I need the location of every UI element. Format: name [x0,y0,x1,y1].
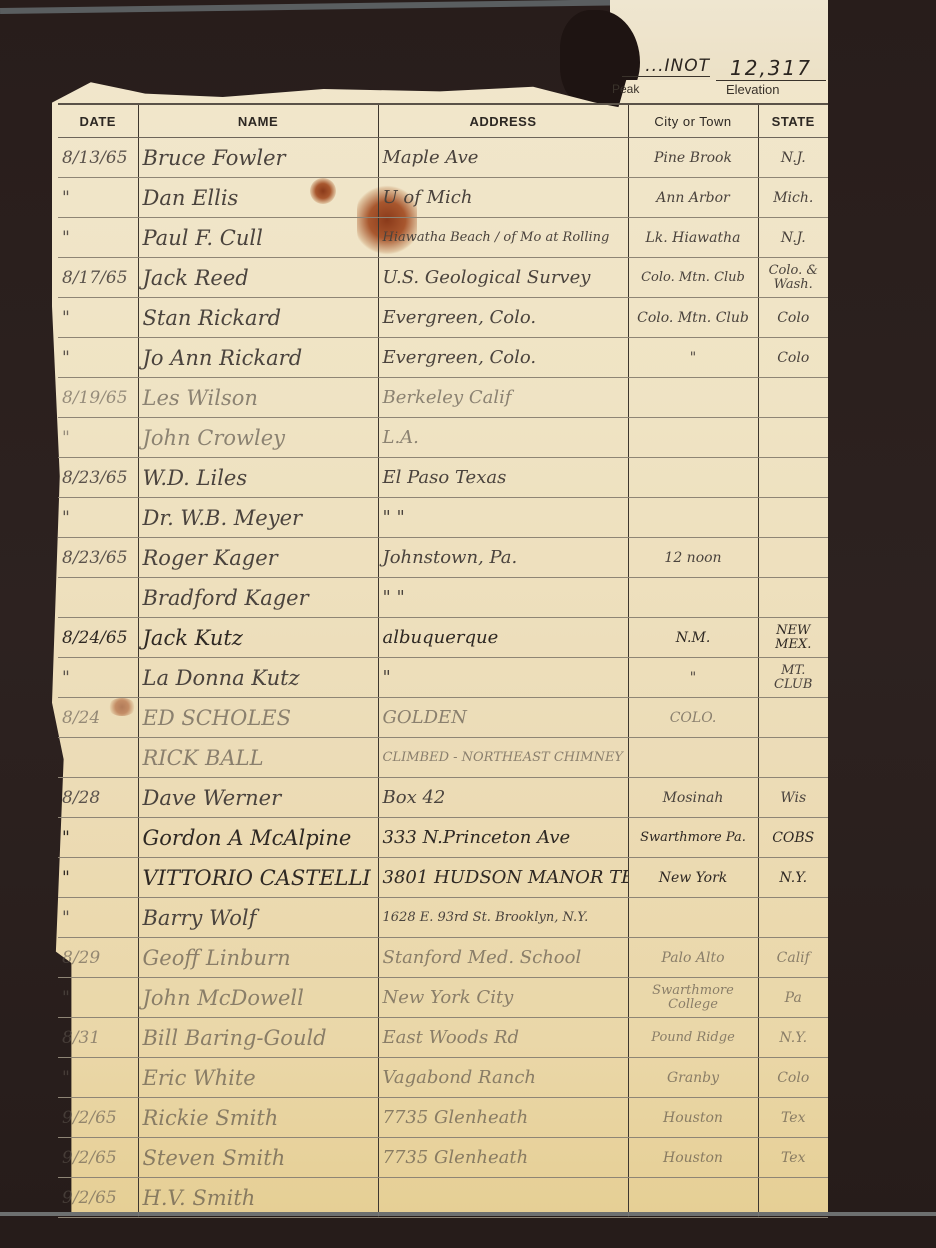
cell-city: Lk. Hiawatha [628,218,758,258]
table-row: "John CrowleyL.A. [58,418,828,458]
cell-date [58,738,138,778]
cell-state [758,498,828,538]
cell-name: Gordon A McAlpine [138,818,378,858]
cell-date [58,578,138,618]
cell-address: 333 N.Princeton Ave [378,818,628,858]
table-row: Bradford Kager" " [58,578,828,618]
table-row: "Eric WhiteVagabond RanchGranbyColo [58,1058,828,1098]
cell-address: U.S. Geological Survey [378,258,628,298]
cell-date: 8/24/65 [58,618,138,658]
cell-city: Ann Arbor [628,178,758,218]
cell-date: 9/2/65 [58,1138,138,1178]
cell-date: " [58,178,138,218]
header-date: DATE [58,104,138,138]
cell-state: Colo [758,338,828,378]
cell-name: Rickie Smith [138,1098,378,1138]
cell-name: Eric White [138,1058,378,1098]
table-row: "VITTORIO CASTELLI3801 HUDSON MANOR TERR… [58,858,828,898]
table-row: "Stan RickardEvergreen, Colo.Colo. Mtn. … [58,298,828,338]
cell-date: " [58,498,138,538]
cell-city: N.M. [628,618,758,658]
table-row: 9/2/65Rickie Smith7735 GlenheathHoustonT… [58,1098,828,1138]
cell-address: " " [378,578,628,618]
cell-address: New York City [378,978,628,1018]
table-row: "Dr. W.B. Meyer" " [58,498,828,538]
cell-city [628,738,758,778]
header-address: ADDRESS [378,104,628,138]
cell-city [628,378,758,418]
cell-address: 7735 Glenheath [378,1138,628,1178]
cell-state [758,698,828,738]
cell-name: Dave Werner [138,778,378,818]
cell-address: L.A. [378,418,628,458]
cell-city: Pine Brook [628,138,758,178]
cell-city: Pound Ridge [628,1018,758,1058]
cell-date: 8/24 [58,698,138,738]
cell-address: Berkeley Calif [378,378,628,418]
cell-date: 8/23/65 [58,538,138,578]
cell-city [628,418,758,458]
table-row: 8/19/65Les WilsonBerkeley Calif [58,378,828,418]
table-row: 8/17/65Jack ReedU.S. Geological SurveyCo… [58,258,828,298]
cell-state: Mich. [758,178,828,218]
cell-address: Evergreen, Colo. [378,338,628,378]
cell-address: albuquerque [378,618,628,658]
cell-city [628,898,758,938]
cell-address: El Paso Texas [378,458,628,498]
cell-city: " [628,338,758,378]
cell-name: Les Wilson [138,378,378,418]
cell-date: " [58,898,138,938]
cell-state: Colo [758,1058,828,1098]
cell-state: Colo [758,298,828,338]
cell-name: Bruce Fowler [138,138,378,178]
cell-state [758,578,828,618]
table-row: "Gordon A McAlpine333 N.Princeton AveSwa… [58,818,828,858]
cell-state: NEW MEX. [758,618,828,658]
cell-state [758,538,828,578]
cell-date: 8/28 [58,778,138,818]
cell-state [758,378,828,418]
cell-name: Jo Ann Rickard [138,338,378,378]
cell-date: " [58,658,138,698]
table-row: "Barry Wolf1628 E. 93rd St. Brooklyn, N.… [58,898,828,938]
table-row: 8/23/65W.D. LilesEl Paso Texas [58,458,828,498]
cell-state: Pa [758,978,828,1018]
cell-state: N.J. [758,138,828,178]
cell-city: Swarthmore College [628,978,758,1018]
cell-address: " [378,658,628,698]
cell-city: 12 noon [628,538,758,578]
cell-date: 8/29 [58,938,138,978]
cell-state: Calif [758,938,828,978]
cell-date: 8/19/65 [58,378,138,418]
cell-city: New York [628,858,758,898]
cell-date: 8/17/65 [58,258,138,298]
cell-date: " [58,978,138,1018]
cell-date: " [58,338,138,378]
cell-name: Dan Ellis [138,178,378,218]
cell-address: CLIMBED - NORTHEAST CHIMNEY [378,738,628,778]
cell-address: " " [378,498,628,538]
cell-address: 1628 E. 93rd St. Brooklyn, N.Y. [378,898,628,938]
cell-city [628,578,758,618]
cell-address: Johnstown, Pa. [378,538,628,578]
cell-city [628,498,758,538]
cell-state: N.J. [758,218,828,258]
table-row: "Paul F. CullHiawatha Beach / of Mo at R… [58,218,828,258]
cell-name: Stan Rickard [138,298,378,338]
cell-city: Houston [628,1138,758,1178]
cell-name: Jack Reed [138,258,378,298]
table-row: "La Donna Kutz""MT. CLUB [58,658,828,698]
cell-address: GOLDEN [378,698,628,738]
table-row: 8/24ED SCHOLESGOLDENCOLO. [58,698,828,738]
cell-state: N.Y. [758,858,828,898]
cell-state: MT. CLUB [758,658,828,698]
cell-address: 7735 Glenheath [378,1098,628,1138]
cell-city: Palo Alto [628,938,758,978]
cell-address: Hiawatha Beach / of Mo at Rolling [378,218,628,258]
cell-date: " [58,418,138,458]
cell-name: Jack Kutz [138,618,378,658]
table-row: 8/24/65Jack KutzalbuquerqueN.M.NEW MEX. [58,618,828,658]
header-city: City or Town [628,104,758,138]
cell-name: RICK BALL [138,738,378,778]
cell-state [758,898,828,938]
cell-state: Colo. & Wash. [758,258,828,298]
cell-city: Colo. Mtn. Club [628,298,758,338]
cell-city [628,458,758,498]
cell-date: 9/2/65 [58,1098,138,1138]
cell-date: 8/31 [58,1018,138,1058]
cell-city: " [628,658,758,698]
cell-date: " [58,218,138,258]
cell-address: Vagabond Ranch [378,1058,628,1098]
peak-name: ...INOT [622,56,710,77]
cell-name: Dr. W.B. Meyer [138,498,378,538]
header-row: DATE NAME ADDRESS City or Town STATE [58,104,828,138]
table-row: 9/2/65Steven Smith7735 GlenheathHoustonT… [58,1138,828,1178]
cell-state: N.Y. [758,1018,828,1058]
cell-date: " [58,818,138,858]
header-state: STATE [758,104,828,138]
cell-city: COLO. [628,698,758,738]
cell-name: VITTORIO CASTELLI [138,858,378,898]
table-row: "Jo Ann RickardEvergreen, Colo."Colo [58,338,828,378]
cell-name: La Donna Kutz [138,658,378,698]
cell-city: Granby [628,1058,758,1098]
cell-state: Wis [758,778,828,818]
glass-frame-edge-bottom [0,1212,936,1216]
register-table: DATE NAME ADDRESS City or Town STATE 8/1… [58,103,828,1218]
cell-state [758,738,828,778]
cell-address: Stanford Med. School [378,938,628,978]
cell-state: Tex [758,1098,828,1138]
cell-name: Steven Smith [138,1138,378,1178]
cell-address: Evergreen, Colo. [378,298,628,338]
cell-state: Tex [758,1138,828,1178]
cell-date: " [58,858,138,898]
cell-name: Geoff Linburn [138,938,378,978]
cell-address: Maple Ave [378,138,628,178]
cell-address: U of Mich [378,178,628,218]
table-row: 8/13/65Bruce FowlerMaple AvePine BrookN.… [58,138,828,178]
table-row: 8/28Dave WernerBox 42MosinahWis [58,778,828,818]
cell-name: John McDowell [138,978,378,1018]
cell-name: John Crowley [138,418,378,458]
cell-name: Roger Kager [138,538,378,578]
cell-name: W.D. Liles [138,458,378,498]
cell-date: 8/23/65 [58,458,138,498]
elevation-label: Elevation [726,82,779,97]
cell-state [758,458,828,498]
cell-city: Houston [628,1098,758,1138]
cell-name: Barry Wolf [138,898,378,938]
cell-name: Paul F. Cull [138,218,378,258]
table-row: 8/29Geoff LinburnStanford Med. SchoolPal… [58,938,828,978]
table-row: RICK BALLCLIMBED - NORTHEAST CHIMNEY [58,738,828,778]
cell-city: Mosinah [628,778,758,818]
peak-label: Peak [612,82,639,96]
cell-name: Bill Baring-Gould [138,1018,378,1058]
table-row: "Dan EllisU of MichAnn ArborMich. [58,178,828,218]
table-row: "John McDowellNew York CitySwarthmore Co… [58,978,828,1018]
cell-address: Box 42 [378,778,628,818]
cell-state: COBS [758,818,828,858]
cell-address: 3801 HUDSON MANOR TERR [378,858,628,898]
table-row: 8/23/65Roger KagerJohnstown, Pa.12 noon [58,538,828,578]
cell-address: East Woods Rd [378,1018,628,1058]
elevation-value: 12,317 [716,56,826,81]
header-name: NAME [138,104,378,138]
table-row: 8/31Bill Baring-GouldEast Woods RdPound … [58,1018,828,1058]
cell-name: Bradford Kager [138,578,378,618]
cell-city: Colo. Mtn. Club [628,258,758,298]
cell-date: " [58,1058,138,1098]
cell-city: Swarthmore Pa. [628,818,758,858]
cell-name: ED SCHOLES [138,698,378,738]
cell-state [758,418,828,458]
cell-date: 8/13/65 [58,138,138,178]
cell-date: " [58,298,138,338]
